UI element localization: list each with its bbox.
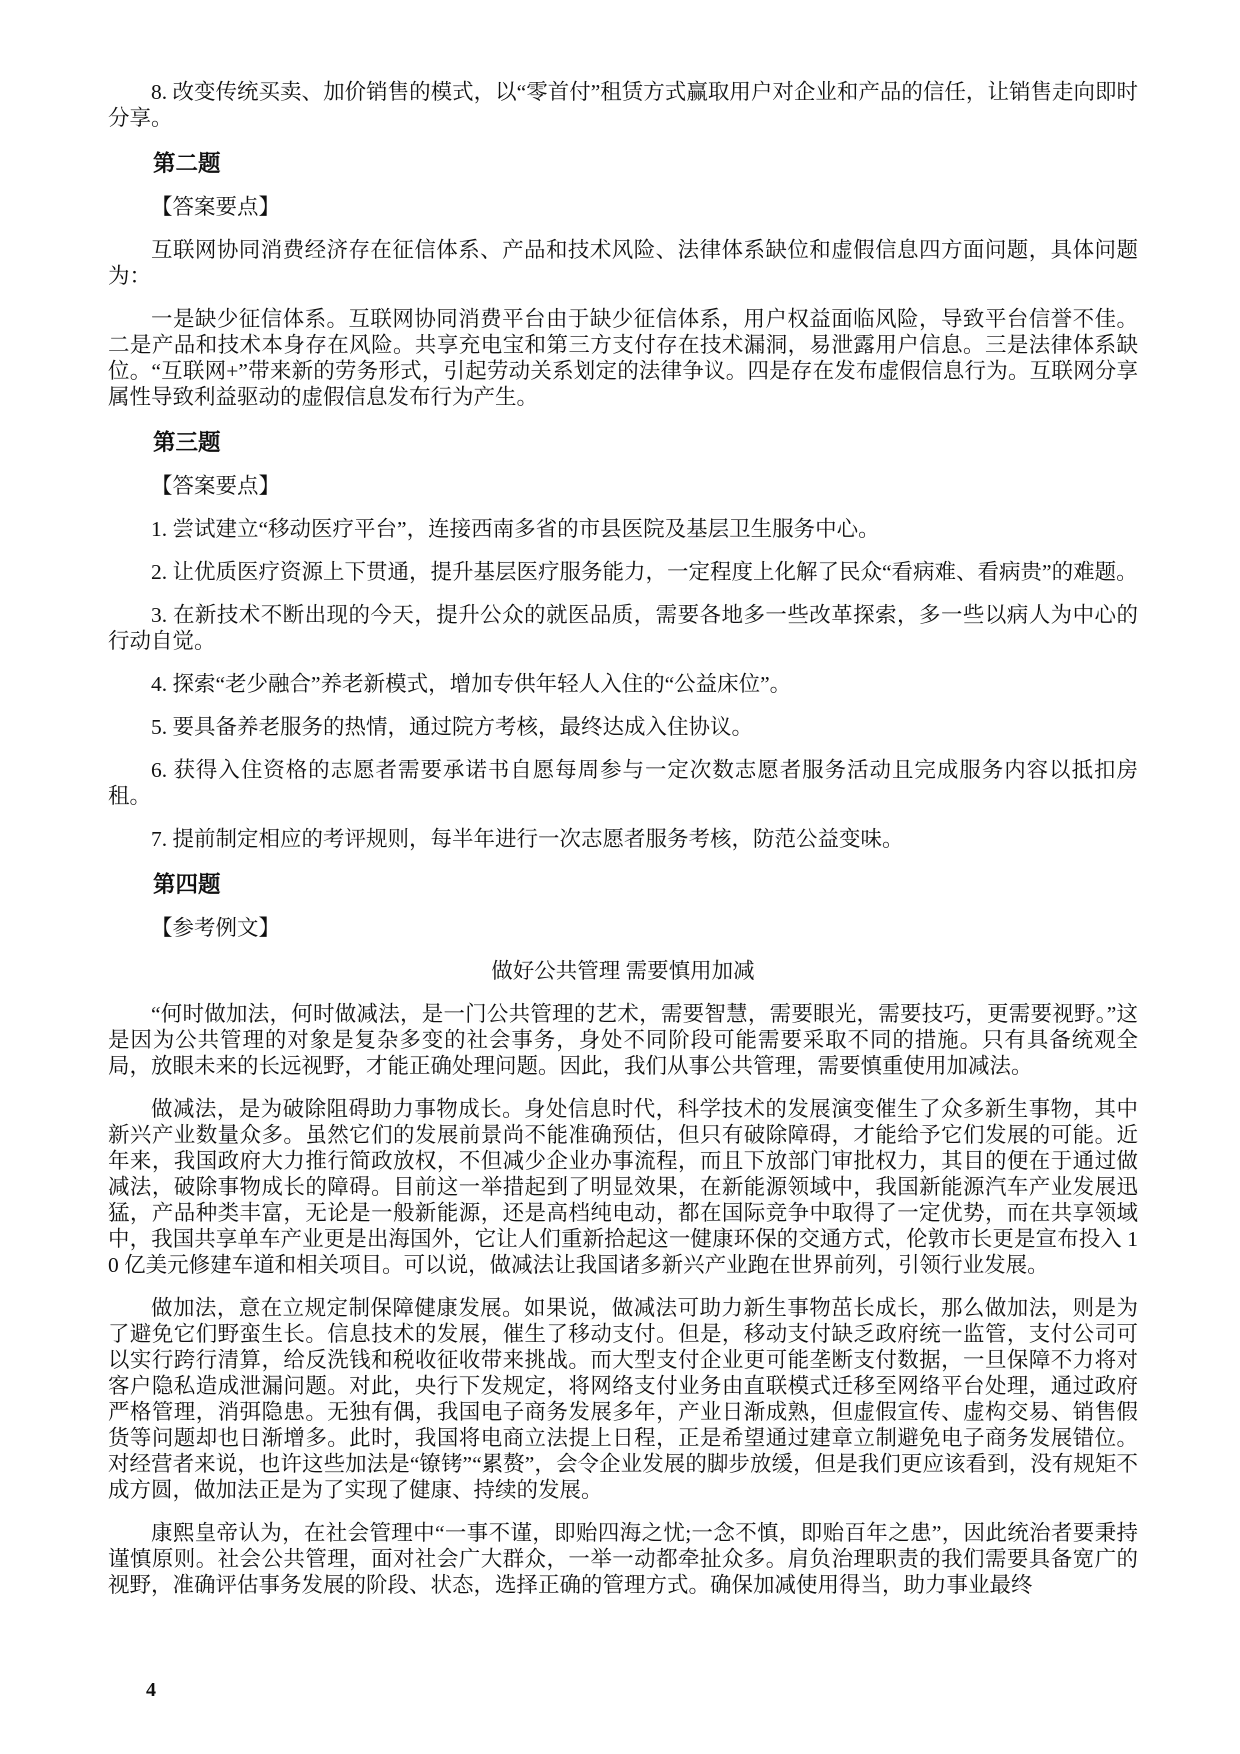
answer-item-6: 6. 获得入住资格的志愿者需要承诺书自愿每周参与一定次数志愿者服务活动且完成服务… [108, 757, 1138, 809]
essay-title: 做好公共管理 需要慎用加减 [108, 958, 1138, 984]
answer-item-3: 3. 在新技术不断出现的今天，提升公众的就医品质，需要各地多一些改革探索，多一些… [108, 602, 1138, 654]
answer-item-1: 1. 尝试建立“移动医疗平台”，连接西南多省的市县医院及基层卫生服务中心。 [108, 516, 1138, 542]
answer-item-7: 7. 提前制定相应的考评规则，每半年进行一次志愿者服务考核，防范公益变味。 [108, 826, 1138, 852]
answer-item-4: 4. 探索“老少融合”养老新模式，增加专供年轻人入住的“公益床位”。 [108, 671, 1138, 697]
section-heading-question-3: 第三题 [108, 429, 1138, 456]
answer-item-2: 2. 让优质医疗资源上下贯通，提升基层医疗服务能力，一定程度上化解了民众“看病难… [108, 559, 1138, 585]
section-heading-question-2: 第二题 [108, 150, 1138, 177]
intro-paragraph: 8. 改变传统买卖、加价销售的模式，以“零首付”租赁方式赢取用户对企业和产品的信… [108, 79, 1138, 131]
answer-item-5: 5. 要具备养老服务的热情，通过院方考核，最终达成入住协议。 [108, 714, 1138, 740]
essay-paragraph-1: “何时做加法，何时做减法，是一门公共管理的艺术，需要智慧，需要眼光，需要技巧，更… [108, 1001, 1138, 1079]
section-heading-question-4: 第四题 [108, 871, 1138, 898]
essay-paragraph-2: 做减法，是为破除阻碍助力事物成长。身处信息时代，科学技术的发展演变催生了众多新生… [108, 1096, 1138, 1278]
answer-points-label-question-3: 【答案要点】 [108, 473, 1138, 499]
document-content: 8. 改变传统买卖、加价销售的模式，以“零首付”租赁方式赢取用户对企业和产品的信… [108, 62, 1138, 1615]
answer-paragraph: 互联网协同消费经济存在征信体系、产品和技术风险、法律体系缺位和虚假信息四方面问题… [108, 237, 1138, 289]
document-page: 8. 改变传统买卖、加价销售的模式，以“零首付”租赁方式赢取用户对企业和产品的信… [0, 0, 1240, 1754]
page-number: 4 [146, 1678, 156, 1702]
reference-essay-label: 【参考例文】 [108, 915, 1138, 941]
answer-paragraph: 一是缺少征信体系。互联网协同消费平台由于缺少征信体系，用户权益面临风险，导致平台… [108, 306, 1138, 410]
essay-paragraph-3: 做加法，意在立规定制保障健康发展。如果说，做减法可助力新生事物茁长成长，那么做加… [108, 1295, 1138, 1503]
answer-points-label-question-2: 【答案要点】 [108, 194, 1138, 220]
essay-paragraph-4: 康熙皇帝认为，在社会管理中“一事不谨，即贻四海之忧;一念不慎，即贻百年之患”，因… [108, 1520, 1138, 1598]
